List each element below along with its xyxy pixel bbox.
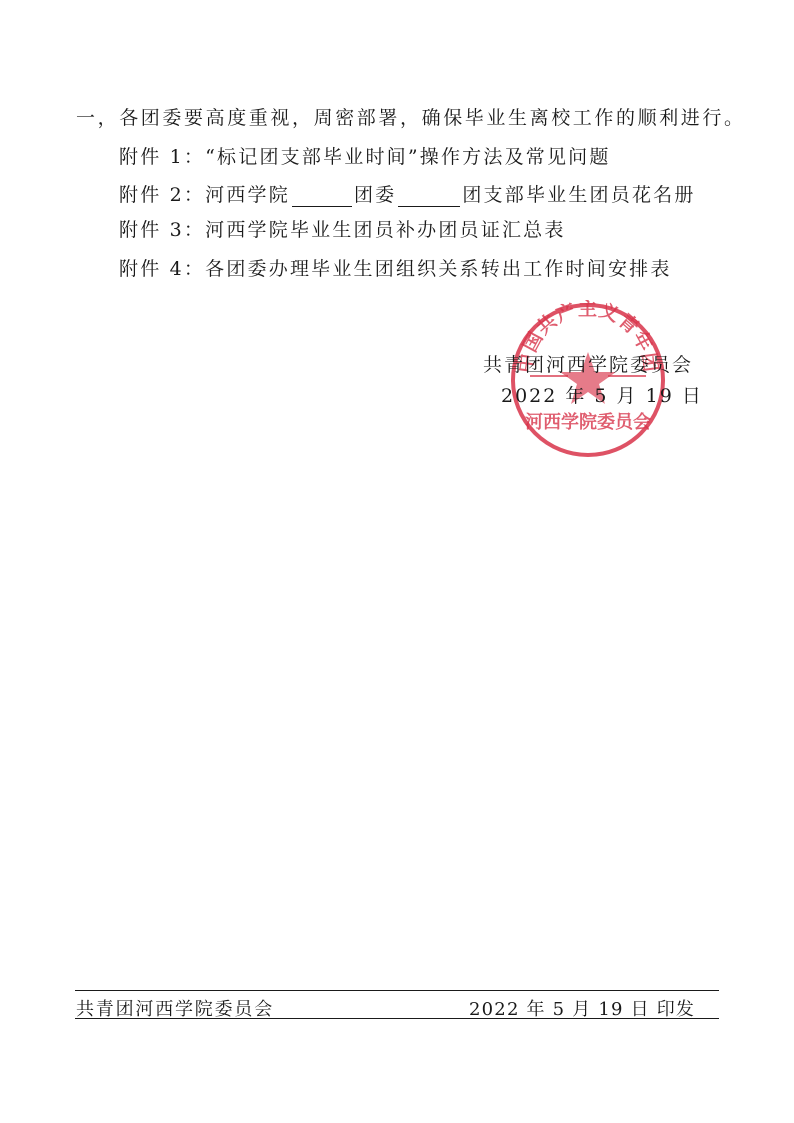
attachment-2: 附件 2：河西学院团委团支部毕业生团员花名册 xyxy=(119,183,696,207)
intro-paragraph: 一，各团委要高度重视，周密部署，确保毕业生离校工作的顺利进行。 xyxy=(76,106,746,130)
fill-in-blank-college xyxy=(292,186,352,207)
attachment-label: 附件 1： xyxy=(119,146,205,168)
seal-inner-text: 河西学院委员会 xyxy=(525,411,651,433)
signature-organization: 共青团河西学院委员会 xyxy=(483,353,693,377)
attachment-title: 各团委办理毕业生团组织关系转出工作时间安排表 xyxy=(205,258,671,280)
signature-date: 2022 年 5 月 19 日 xyxy=(501,384,703,408)
attachment-label: 附件 3： xyxy=(119,219,205,241)
attachment-title: 河西学院毕业生团员补办团员证汇总表 xyxy=(205,219,565,241)
attachment-title: “标记团支部毕业时间”操作方法及常见问题 xyxy=(205,146,610,168)
footer-top-rule xyxy=(75,990,719,991)
attachment-text-before: 河西学院 xyxy=(205,184,290,206)
attachment-3: 附件 3：河西学院毕业生团员补办团员证汇总表 xyxy=(119,218,566,242)
footer-bottom-rule xyxy=(75,1018,719,1019)
attachment-text-after: 团支部毕业生团员花名册 xyxy=(462,184,695,206)
attachment-text-middle: 团委 xyxy=(354,184,396,206)
official-seal-icon: 中国共产主义青年团 河西学院委员会 xyxy=(508,300,668,460)
attachment-4: 附件 4：各团委办理毕业生团组织关系转出工作时间安排表 xyxy=(119,257,672,281)
attachment-1: 附件 1：“标记团支部毕业时间”操作方法及常见问题 xyxy=(119,145,611,169)
attachment-label: 附件 2： xyxy=(119,184,205,206)
fill-in-blank-branch xyxy=(398,186,460,207)
attachment-label: 附件 4： xyxy=(119,258,205,280)
